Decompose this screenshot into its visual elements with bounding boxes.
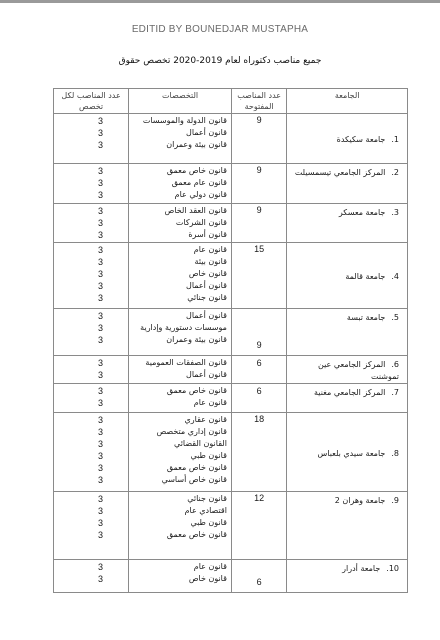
specialties-cell: قانون خاص معمققانون عام معمققانون دولي ع…: [129, 164, 232, 204]
specialty-item: قانون خاص معمق: [133, 385, 227, 397]
positions-per-specialty-cell: 3333: [54, 492, 129, 560]
specialty-item: قانون الصفقات العمومية: [133, 357, 227, 369]
university-name: المركز الجامعي عين تموشنت: [318, 360, 399, 381]
positions-count: 3: [98, 280, 128, 292]
positions-count: 3: [98, 529, 128, 541]
specialty-item: قانون خاص معمق: [133, 529, 227, 541]
specialty-item: قانون الشركات: [133, 217, 227, 229]
positions-count: 3: [98, 322, 128, 334]
specialties-cell: قانون جنائياقتصادي عامقانون طبيقانون خاص…: [129, 492, 232, 560]
university-cell: 10.جامعة أدرار: [287, 560, 408, 593]
university-name: جامعة أدرار: [342, 564, 380, 573]
open-positions-cell: 9: [231, 309, 286, 356]
open-positions-cell: 9: [231, 204, 286, 243]
editor-credit: EDITID BY BOUNEDJAR MUSTAPHA: [0, 24, 440, 35]
row-number: 6.: [391, 360, 399, 369]
specialty-item: قانون بيئة وعمران: [133, 139, 227, 151]
specialty-item: قانون خاص معمق: [133, 462, 227, 474]
specialty-item: قانون خاص: [133, 573, 227, 585]
positions-count: 3: [98, 205, 128, 217]
specialties-cell: قانون عقاريقانون إداري متخصصالقانون القض…: [129, 413, 232, 492]
row-number: 8.: [391, 449, 399, 458]
positions-count: 3: [98, 414, 128, 426]
table-row: 1.جامعة سكيكدة 9 قانون الدولة والموسساتق…: [54, 114, 408, 164]
open-positions-cell: 6: [231, 384, 286, 413]
university-cell: 2.المركز الجامعي تيسمسيلت: [287, 164, 408, 204]
specialty-item: قانون إداري متخصص: [133, 426, 227, 438]
university-cell: 3.جامعة معسكر: [287, 204, 408, 243]
positions-count: 3: [98, 573, 128, 585]
table-row: 6.المركز الجامعي عين تموشنت 6 قانون الصف…: [54, 356, 408, 384]
positions-count: 3: [98, 474, 128, 486]
positions-count: 3: [98, 256, 128, 268]
positions-per-specialty-cell: 333333: [54, 413, 129, 492]
university-cell: 5.جامعة تبسة: [287, 309, 408, 356]
specialty-item: قانون خاص: [133, 268, 227, 280]
specialty-item: قانون أعمال: [133, 127, 227, 139]
specialty-item: قانون عام: [133, 397, 227, 409]
positions-per-specialty-cell: 33: [54, 356, 129, 384]
positions-count: 3: [98, 177, 128, 189]
specialty-item: قانون أسرة: [133, 229, 227, 241]
specialties-cell: قانون الدولة والموسساتقانون أعمالقانون ب…: [129, 114, 232, 164]
positions-count: 3: [98, 334, 128, 346]
table-row: 5.جامعة تبسة 9 قانون أعمالموسسات دستورية…: [54, 309, 408, 356]
positions-count: 3: [98, 244, 128, 256]
specialty-item: قانون العقد الخاص: [133, 205, 227, 217]
specialty-item: قانون طبي: [133, 450, 227, 462]
doctorate-positions-table: الجامعة عدد المناصب المفتوحة التخصصات عد…: [53, 88, 408, 593]
positions-count: 3: [98, 385, 128, 397]
table-header-row: الجامعة عدد المناصب المفتوحة التخصصات عد…: [54, 89, 408, 114]
row-number: 2.: [391, 168, 399, 177]
open-positions-cell: 9: [231, 164, 286, 204]
positions-per-specialty-cell: 333: [54, 114, 129, 164]
university-cell: 1.جامعة سكيكدة: [287, 114, 408, 164]
specialty-item: قانون أعمال: [133, 369, 227, 381]
specialty-item: قانون خاص أساسي: [133, 474, 227, 486]
table-row: 3.جامعة معسكر 9 قانون العقد الخاصقانون ا…: [54, 204, 408, 243]
table-row: 7.المركز الجامعي مغنية 6 قانون خاص معمقق…: [54, 384, 408, 413]
header-open-positions: عدد المناصب المفتوحة: [231, 89, 286, 114]
positions-count: 3: [98, 268, 128, 280]
open-positions-cell: 6: [231, 356, 286, 384]
positions-count: 3: [98, 438, 128, 450]
specialty-item: قانون بيئة وعمران: [133, 334, 227, 346]
positions-count: 3: [98, 189, 128, 201]
table-row: 10.جامعة أدرار 6 قانون عامقانون خاص 33: [54, 560, 408, 593]
positions-count: 3: [98, 127, 128, 139]
university-cell: 7.المركز الجامعي مغنية: [287, 384, 408, 413]
positions-count: 3: [98, 139, 128, 151]
positions-per-specialty-cell: 33: [54, 384, 129, 413]
specialty-item: قانون عام معمق: [133, 177, 227, 189]
positions-per-specialty-cell: 33333: [54, 243, 129, 309]
university-cell: 8.جامعة سيدي بلعباس: [287, 413, 408, 492]
university-name: جامعة سيدي بلعباس: [318, 449, 386, 458]
positions-count: 3: [98, 561, 128, 573]
positions-count: 3: [98, 426, 128, 438]
specialties-cell: قانون عامقانون بيئةقانون خاصقانون أعمالق…: [129, 243, 232, 309]
specialty-item: قانون الدولة والموسسات: [133, 115, 227, 127]
table-row: 2.المركز الجامعي تيسمسيلت 9 قانون خاص مع…: [54, 164, 408, 204]
specialty-item: قانون أعمال: [133, 310, 227, 322]
row-number: 4.: [391, 272, 399, 281]
table-row: 9.جامعة وهران 2 12 قانون جنائياقتصادي عا…: [54, 492, 408, 560]
positions-count: 3: [98, 450, 128, 462]
specialties-cell: قانون العقد الخاصقانون الشركاتقانون أسرة: [129, 204, 232, 243]
table-row: 4.جامعة قالمة 15 قانون عامقانون بيئةقانو…: [54, 243, 408, 309]
specialties-cell: قانون الصفقات العموميةقانون أعمال: [129, 356, 232, 384]
positions-count: 3: [98, 493, 128, 505]
row-number: 3.: [391, 208, 399, 217]
positions-per-specialty-cell: 333: [54, 204, 129, 243]
positions-count: 3: [98, 165, 128, 177]
positions-count: 3: [98, 462, 128, 474]
specialties-cell: قانون عامقانون خاص: [129, 560, 232, 593]
specialty-item: قانون جنائي: [133, 493, 227, 505]
page-top-edge: [0, 0, 440, 3]
positions-count: 3: [98, 310, 128, 322]
positions-count: 3: [98, 505, 128, 517]
university-name: جامعة تبسة: [347, 313, 385, 322]
university-name: المركز الجامعي تيسمسيلت: [295, 168, 386, 177]
open-positions-cell: 9: [231, 114, 286, 164]
specialty-item: قانون خاص معمق: [133, 165, 227, 177]
specialty-item: قانون أعمال: [133, 280, 227, 292]
university-name: جامعة وهران 2: [335, 496, 386, 505]
specialties-cell: قانون أعمالموسسات دستورية وإداريةقانون ب…: [129, 309, 232, 356]
positions-per-specialty-cell: 333: [54, 164, 129, 204]
header-specialties: التخصصات: [129, 89, 232, 114]
positions-count: 3: [98, 517, 128, 529]
open-positions-cell: 15: [231, 243, 286, 309]
document-title: جميع مناصب دكتوراه لعام 2019-2020 تخصص ح…: [0, 56, 440, 66]
row-number: 10.: [386, 564, 399, 573]
university-name: جامعة معسكر: [339, 208, 385, 217]
open-positions-cell: 6: [231, 560, 286, 593]
specialty-item: قانون عام: [133, 244, 227, 256]
university-name: المركز الجامعي مغنية: [314, 388, 385, 397]
row-number: 9.: [391, 496, 399, 505]
positions-count: 3: [98, 397, 128, 409]
positions-count: 3: [98, 369, 128, 381]
specialty-item: قانون عام: [133, 561, 227, 573]
university-name: جامعة سكيكدة: [337, 135, 386, 144]
row-number: 7.: [391, 388, 399, 397]
table-row: 8.جامعة سيدي بلعباس 18 قانون عقاريقانون …: [54, 413, 408, 492]
specialty-item: قانون طبي: [133, 517, 227, 529]
positions-per-specialty-cell: 333: [54, 309, 129, 356]
row-number: 5.: [391, 313, 399, 322]
positions-count: 3: [98, 357, 128, 369]
specialty-item: قانون دولي عام: [133, 189, 227, 201]
university-cell: 9.جامعة وهران 2: [287, 492, 408, 560]
specialty-item: قانون جنائي: [133, 292, 227, 304]
specialty-item: قانون بيئة: [133, 256, 227, 268]
positions-count: 3: [98, 292, 128, 304]
positions-count: 3: [98, 229, 128, 241]
specialties-cell: قانون خاص معمققانون عام: [129, 384, 232, 413]
specialty-item: موسسات دستورية وإدارية: [133, 322, 227, 334]
open-positions-cell: 12: [231, 492, 286, 560]
specialty-item: القانون القضائي: [133, 438, 227, 450]
positions-per-specialty-cell: 33: [54, 560, 129, 593]
positions-count: 3: [98, 115, 128, 127]
university-name: جامعة قالمة: [345, 272, 385, 281]
open-positions-cell: 18: [231, 413, 286, 492]
header-positions-per-specialty: عدد المناصب لكل تخصص: [54, 89, 129, 114]
header-university: الجامعة: [287, 89, 408, 114]
row-number: 1.: [391, 135, 399, 144]
university-cell: 4.جامعة قالمة: [287, 243, 408, 309]
positions-count: 3: [98, 217, 128, 229]
specialty-item: قانون عقاري: [133, 414, 227, 426]
university-cell: 6.المركز الجامعي عين تموشنت: [287, 356, 408, 384]
specialty-item: اقتصادي عام: [133, 505, 227, 517]
